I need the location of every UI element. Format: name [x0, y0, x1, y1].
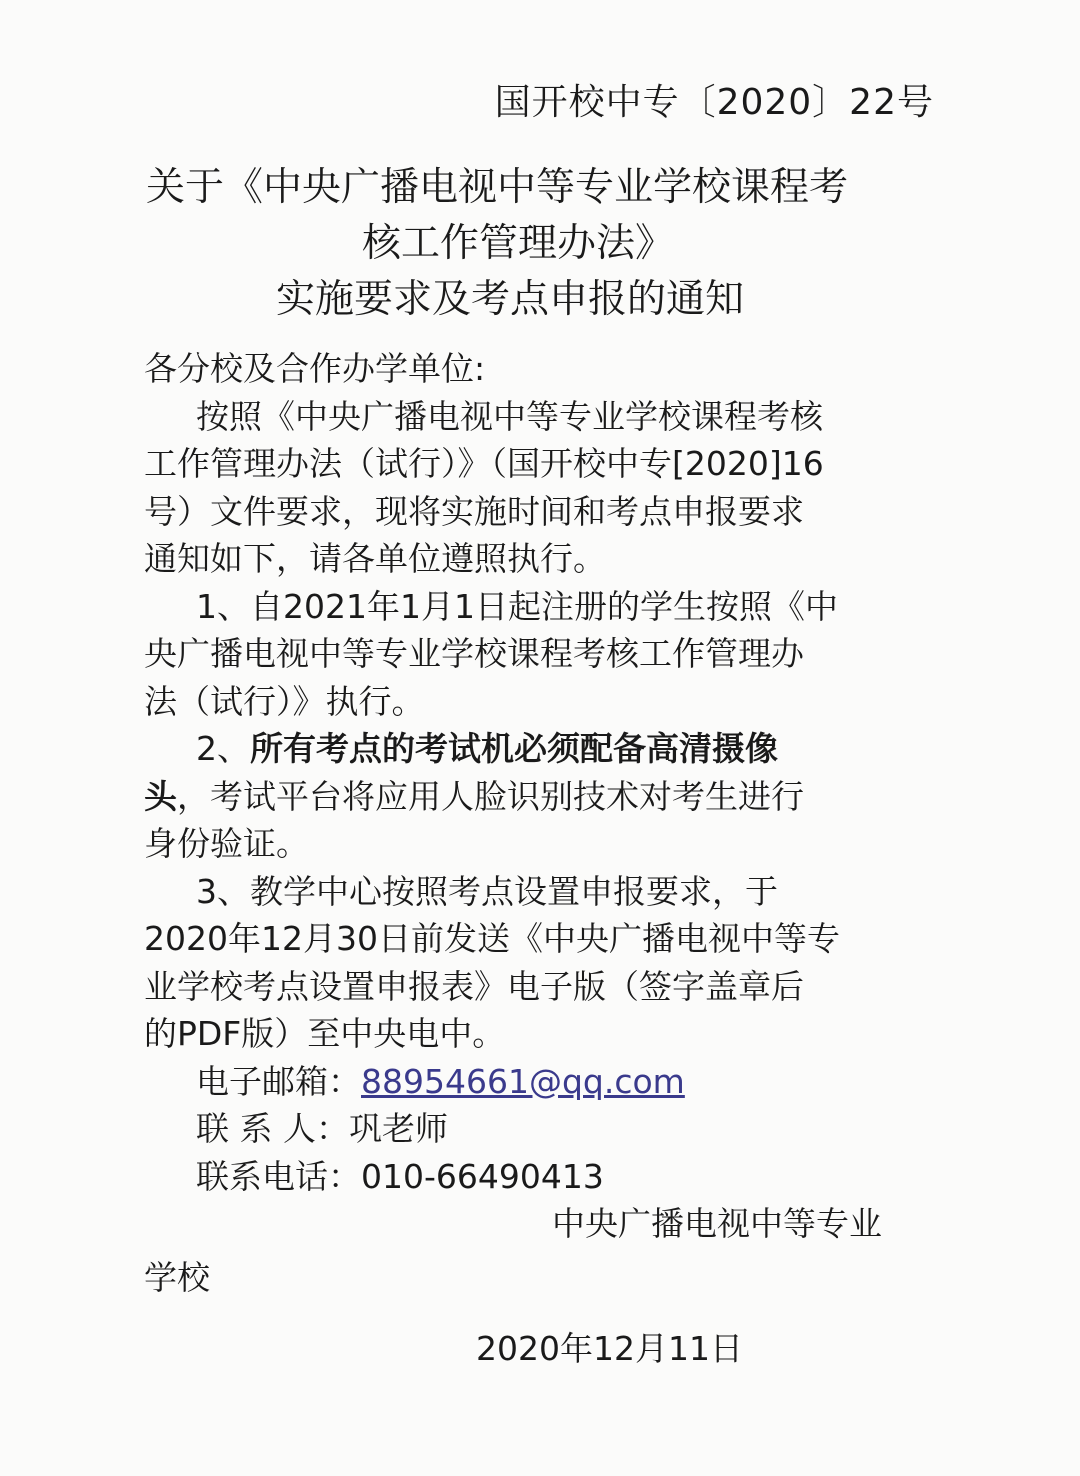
- item-3-line: 业学校考点设置申报表》电子版（签字盖章后: [144, 963, 944, 1011]
- signature-org: 中央广播电视中等专业: [144, 1200, 944, 1248]
- signature-org-cont: 学校: [144, 1254, 944, 1302]
- item-3-line: 2020年12月30日前发送《中央广播电视中等专: [144, 915, 944, 963]
- title-line-2: 核工作管理办法》: [140, 216, 940, 272]
- document-body: 各分校及合作办学单位: 按照《中央广播电视中等专业学校课程考核 工作管理办法（试…: [144, 345, 944, 1373]
- intro-line: 通知如下，请各单位遵照执行。: [144, 535, 944, 583]
- item-3: 3、教学中心按照考点设置申报要求，于 2020年12月30日前发送《中央广播电视…: [144, 868, 944, 1058]
- person-label: 联 系 人：: [196, 1109, 349, 1148]
- item-2: 2、所有考点的考试机必须配备高清摄像 头，考试平台将应用人脸识别技术对考生进行 …: [144, 725, 944, 868]
- intro-line: 工作管理办法（试行）》（国开校中专[2020]16: [144, 440, 944, 488]
- title-line-3: 实施要求及考点申报的通知: [140, 272, 940, 328]
- contact-person: 联 系 人：巩老师: [144, 1105, 944, 1153]
- item-1-line: 1、自2021年1月1日起注册的学生按照《中: [144, 583, 944, 631]
- document-number: 国开校中专〔2020〕22号: [495, 74, 934, 125]
- intro-line: 号）文件要求，现将实施时间和考点申报要求: [144, 488, 944, 536]
- contact-email: 电子邮箱：88954661@qq.com: [144, 1058, 944, 1106]
- person-value: 巩老师: [349, 1109, 448, 1148]
- document-page: 国开校中专〔2020〕22号 关于《中央广播电视中等专业学校课程考 核工作管理办…: [0, 0, 1080, 1476]
- item-1: 1、自2021年1月1日起注册的学生按照《中 央广播电视中等专业学校课程考核工作…: [144, 583, 944, 726]
- item-3-line: 3、教学中心按照考点设置申报要求，于: [144, 868, 944, 916]
- phone-value: 010-66490413: [361, 1157, 604, 1196]
- item-1-line: 央广播电视中等专业学校课程考核工作管理办: [144, 630, 944, 678]
- document-title: 关于《中央广播电视中等专业学校课程考 核工作管理办法》 实施要求及考点申报的通知: [140, 160, 940, 328]
- email-link[interactable]: 88954661@qq.com: [361, 1062, 685, 1101]
- signature-block: 中央广播电视中等专业 学校 2020年12月11日: [144, 1200, 944, 1373]
- item-1-line: 法（试行）》执行。: [144, 678, 944, 726]
- item-2-bold-end: 头: [144, 777, 177, 816]
- item-2-line: 身份验证。: [144, 820, 944, 868]
- item-2-prefix: 2、: [196, 729, 250, 768]
- item-2-rest: ，考试平台将应用人脸识别技术对考生进行: [177, 777, 804, 816]
- item-2-line: 2、所有考点的考试机必须配备高清摄像: [144, 725, 944, 773]
- contact-block: 电子邮箱：88954661@qq.com 联 系 人：巩老师 联系电话：010-…: [144, 1058, 944, 1201]
- item-3-line: 的PDF版）至中央电中。: [144, 1010, 944, 1058]
- item-2-bold-text: 所有考点的考试机必须配备高清摄像: [250, 729, 778, 768]
- item-2-line: 头，考试平台将应用人脸识别技术对考生进行: [144, 773, 944, 821]
- intro-line: 按照《中央广播电视中等专业学校课程考核: [144, 393, 944, 441]
- intro-paragraph: 按照《中央广播电视中等专业学校课程考核 工作管理办法（试行）》（国开校中专[20…: [144, 393, 944, 583]
- contact-phone: 联系电话：010-66490413: [144, 1153, 944, 1201]
- phone-label: 联系电话：: [196, 1157, 361, 1196]
- salutation: 各分校及合作办学单位:: [144, 345, 944, 393]
- signature-date: 2020年12月11日: [144, 1325, 944, 1373]
- email-label: 电子邮箱：: [196, 1062, 361, 1101]
- title-line-1: 关于《中央广播电视中等专业学校课程考: [140, 160, 940, 216]
